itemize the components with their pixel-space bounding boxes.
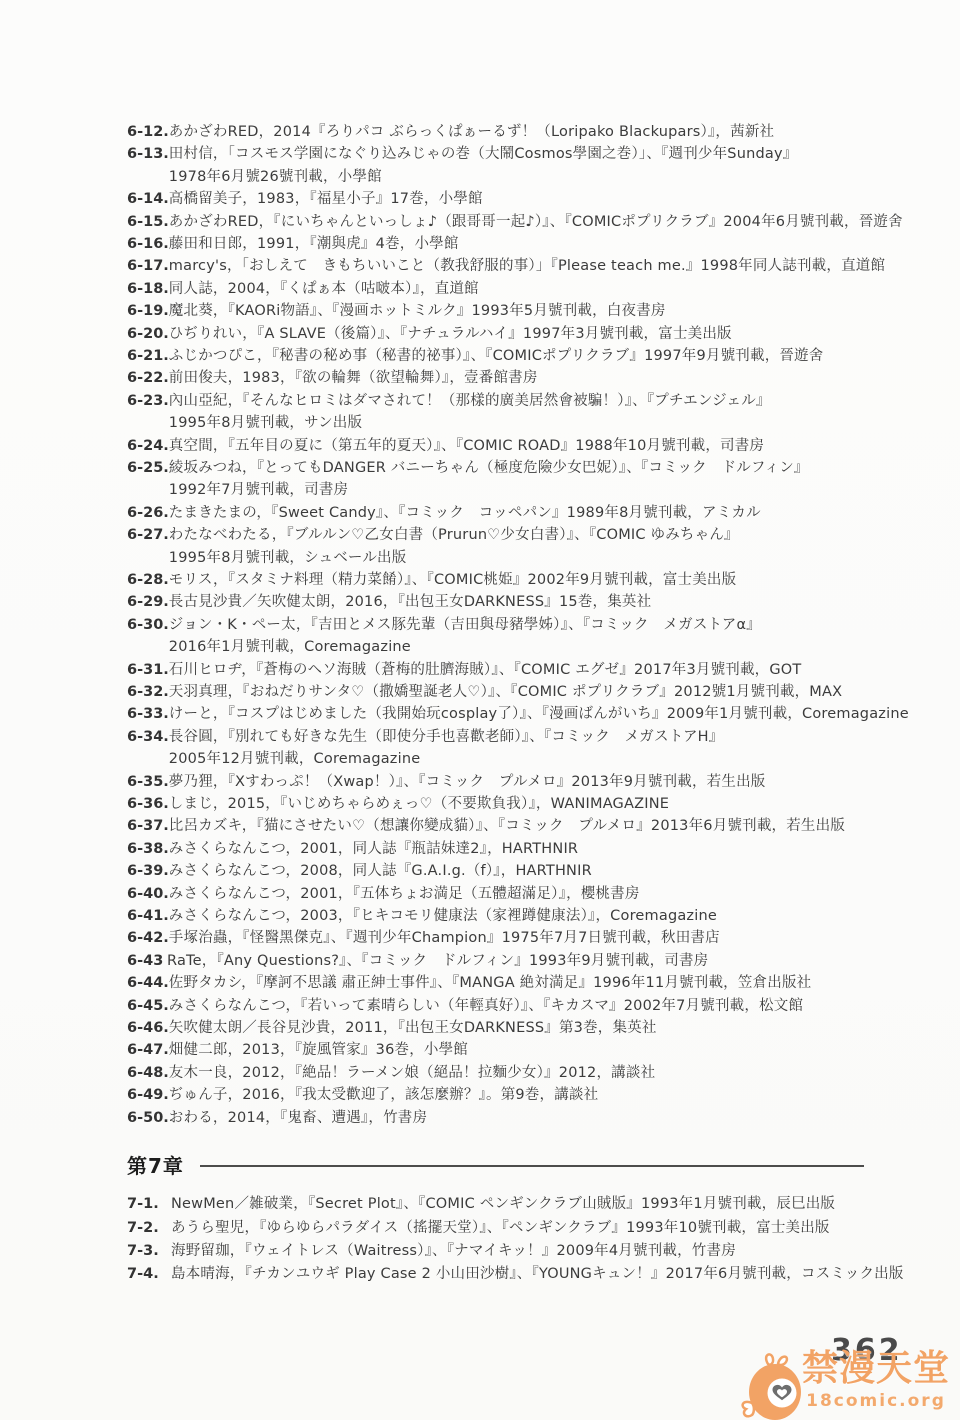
watermark-text-block: 禁漫天堂 18comic.org [802,1349,950,1411]
reference-entry: 6-50.おわる，2014，『鬼畜、遭遇』，竹書房 [127,1107,937,1129]
reference-entry: 6-41.みさくらなんこつ，2003，『ヒキコモリ健康法（家裡蹲健康法）』，Co… [127,905,937,927]
entry-number: 7-3. [127,1240,171,1263]
entry-number: 6-35. [127,771,169,793]
entry-citation-text: 海野留珈，『ウェイトレス（Waitress）』、『ナマイキッ！』2009年4月號… [171,1240,937,1263]
entry-number: 6-23. [127,390,169,412]
entry-number: 6-45. [127,995,169,1017]
entry-citation-text: しまじ，2015，『いじめちゃらめぇっ♡（不要欺負我）』，WANIMAGAZIN… [169,793,937,815]
entry-citation-text: 同人誌，2004，『くぱぁ本（咕啵本）』，直道館 [169,278,937,300]
entry-citation-text: みさくらなんこつ，2001，『五体ちょお満足（五體超滿足）』，櫻桃書房 [169,883,937,905]
citation-line: あかざわRED，『にいちゃんといっしょ♪（跟哥哥一起♪）』、『COMICポプリク… [169,211,937,233]
entry-citation-text: 手塚治蟲，『怪醫黑傑克』、『週刊少年Champion』1975年7月7日號刊載，… [169,927,937,949]
entry-citation-text: 高橋留美子，1983，『福星小子』17巻，小學館 [169,188,937,210]
citation-line: 2005年12月號刊載，Coremagazine [169,748,937,770]
entry-citation-text: あうら聖児，『ゆらゆらパラダイス（搖擺天堂）』、『ペンギンクラブ』1993年10… [171,1217,937,1240]
orange-whale-mascot-icon [740,1351,804,1420]
reference-entry: 6-45.みさくらなんこつ，『若いって素晴らしい（年輕真好）』、『キカスマ』20… [127,995,937,1017]
entry-number: 6-16. [127,233,169,255]
entry-citation-text: 田村信，「コスモス学園になぐり込みじゃの巻（大鬧Cosmos學園之巻）」、『週刊… [169,143,937,188]
citation-line: しまじ，2015，『いじめちゃらめぇっ♡（不要欺負我）』，WANIMAGAZIN… [169,793,937,815]
entry-number: 6-48. [127,1062,169,1084]
reference-entry: 6-46.矢吹健太朗／長谷見沙貴，2011，『出包王女DARKNESS』第3巻，… [127,1017,937,1039]
entry-number: 6-49. [127,1084,169,1106]
reference-entry: 6-30.ジョン・K・ペー太，『吉田とメス豚先輩（吉田與母豬學姊）』、『コミック… [127,614,937,659]
reference-entry: 6-27.わたなべわたる，『ブルルン♡乙女白書（Prurun♡少女白書）』、『C… [127,524,937,569]
entry-citation-text: NewMen／雑破業，『Secret Plot』、『COMIC ペンギンクラブ山… [171,1193,937,1216]
entry-number: 7-2. [127,1217,171,1240]
citation-line: marcy's，「おしえて きもちいいこと（教我舒服的事）」『Please te… [169,255,937,277]
reference-entry: 6-21.ふじかつぴこ，『秘書の秘め事（秘書的祕事）』、『COMICポプリクラブ… [127,345,937,367]
entry-citation-text: 夢乃狸，『Xすわっぷ！（Xwap！）』、『コミック プルメロ』2013年9月號刊… [169,771,937,793]
reference-entry: 6-37.比呂カズキ，『猫にさせたい♡（想讓你變成貓）』、『コミック プルメロ』… [127,815,937,837]
citation-line: 手塚治蟲，『怪醫黑傑克』、『週刊少年Champion』1975年7月7日號刊載，… [169,927,937,949]
citation-line: 矢吹健太朗／長谷見沙貴，2011，『出包王女DARKNESS』第3巻，集英社 [169,1017,937,1039]
reference-entry: 7-1.NewMen／雑破業，『Secret Plot』、『COMIC ペンギン… [127,1193,937,1216]
entry-citation-text: 魔北葵，『KAORi物語』、『漫画ホットミルク』1993年5月號刊載，白夜書房 [169,300,937,322]
citation-line: 天羽真理，『おねだりサンタ♡（撒嬌聖誕老人♡）』、『COMIC ポプリクラブ』2… [169,681,937,703]
reference-entry: 6-24.真空間，『五年目の夏に（第五年的夏天）』、『COMIC ROAD』19… [127,435,937,457]
reference-entry: 6-34.長谷圓，『別れても好きな先生（即使分手也喜歡老師）』、『コミック メガ… [127,726,937,771]
entry-number: 6-25. [127,457,169,479]
citation-line: 長古見沙貴／矢吹健太朗，2016，『出包王女DARKNESS』15巻，集英社 [169,591,937,613]
citation-line: 魔北葵，『KAORi物語』、『漫画ホットミルク』1993年5月號刊載，白夜書房 [169,300,937,322]
entry-number: 6-22. [127,367,169,389]
chapter7-heading: 第7章 [127,1150,184,1179]
reference-entry: 6-28.モリス，『スタミナ料理（精力菜餚）』、『COMIC桃姫』2002年9月… [127,569,937,591]
citation-line: 島本晴海，『チカンユウギ Play Case 2 小山田沙樹』、『YOUNGキュ… [171,1263,937,1286]
entry-citation-text: marcy's，「おしえて きもちいいこと（教我舒服的事）」『Please te… [169,255,937,277]
watermark-site-name: 禁漫天堂 [802,1349,950,1389]
reference-entry: 6-49.ぢゅん子，2016，『我太受歡迎了，該怎麼辦？』。第9巻，講談社 [127,1084,937,1106]
reference-entry: 6-25.綾坂みつね，『とってもDANGER バニーちゃん（極度危險少女巴妮）』… [127,457,937,502]
entry-number: 6-19. [127,300,169,322]
entry-number: 6-14. [127,188,169,210]
entry-number: 6-38. [127,838,169,860]
chapter6-entry-list: 6-12.あかざわRED，2014『ろりパコ ぶらっくぱぁーるず！（Loripa… [127,121,937,1129]
entry-number: 6-43 [127,950,167,972]
reference-entry: 6-33.けーと，『コスプはじめました（我開始玩cosplay了）』、『漫画ばん… [127,703,937,725]
citation-line: 田村信，「コスモス学園になぐり込みじゃの巻（大鬧Cosmos學園之巻）」、『週刊… [169,143,937,165]
entry-citation-text: わたなべわたる，『ブルルン♡乙女白書（Prurun♡少女白書）』、『COMIC … [169,524,937,569]
citation-line: けーと，『コスプはじめました（我開始玩cosplay了）』、『漫画ばんがいち』2… [169,703,937,725]
reference-entry: 6-35.夢乃狸，『Xすわっぷ！（Xwap！）』、『コミック プルメロ』2013… [127,771,937,793]
citation-line: たまきたまの，『Sweet Candy』、『コミック コッペパン』1989年8月… [169,502,937,524]
reference-entry: 6-14.高橋留美子，1983，『福星小子』17巻，小學館 [127,188,937,210]
entry-number: 6-36. [127,793,169,815]
entry-number: 6-26. [127,502,169,524]
entry-number: 6-47. [127,1039,169,1061]
entry-number: 7-4. [127,1263,171,1286]
entry-citation-text: 內山亞紀，『そんなヒロミはダマされて！（那樣的廣美居然會被騙！）』、『プチエンジ… [169,390,937,435]
citation-line: 真空間，『五年目の夏に（第五年的夏天）』、『COMIC ROAD』1988年10… [169,435,937,457]
citation-line: わたなべわたる，『ブルルン♡乙女白書（Prurun♡少女白書）』、『COMIC … [169,524,937,546]
reference-entry: 7-4.島本晴海，『チカンユウギ Play Case 2 小山田沙樹』、『YOU… [127,1263,937,1286]
citation-line: ひぢりれい，『A SLAVE（後篇）』、『ナチュラルハイ』1997年3月號刊載，… [169,323,937,345]
entry-number: 6-15. [127,211,169,233]
chapter7-entry-list: 7-1.NewMen／雑破業，『Secret Plot』、『COMIC ペンギン… [127,1193,937,1287]
reference-entry: 6-23.內山亞紀，『そんなヒロミはダマされて！（那樣的廣美居然會被騙！）』、『… [127,390,937,435]
entry-number: 6-32. [127,681,169,703]
entry-citation-text: ジョン・K・ペー太，『吉田とメス豚先輩（吉田與母豬學姊）』、『コミック メガスト… [169,614,937,659]
reference-entry: 6-40.みさくらなんこつ，2001，『五体ちょお満足（五體超滿足）』，櫻桃書房 [127,883,937,905]
reference-entry: 7-2.あうら聖児，『ゆらゆらパラダイス（搖擺天堂）』、『ペンギンクラブ』199… [127,1217,937,1240]
entry-number: 6-29. [127,591,169,613]
entry-number: 6-33. [127,703,169,725]
reference-entry: 6-48.友木一良，2012，『絶品！ラーメン娘（絕品！拉麵少女）』2012，講… [127,1062,937,1084]
entry-citation-text: 綾坂みつね，『とってもDANGER バニーちゃん（極度危險少女巴妮）』、『コミッ… [169,457,937,502]
entry-number: 6-44. [127,972,169,994]
entry-number: 6-12. [127,121,169,143]
entry-number: 6-30. [127,614,169,636]
entry-number: 6-50. [127,1107,169,1129]
entry-number: 6-28. [127,569,169,591]
citation-line: RaTe，『Any Questions?』、『コミック ドルフィン』1993年9… [167,950,937,972]
citation-line: おわる，2014，『鬼畜、遭遇』，竹書房 [169,1107,937,1129]
citation-line: 友木一良，2012，『絶品！ラーメン娘（絕品！拉麵少女）』2012，講談社 [169,1062,937,1084]
citation-line: 佐野タカシ，『摩訶不思議 肅正紳士事件』、『MANGA 絶対満足』1996年11… [169,972,937,994]
watermark: 禁漫天堂 18comic.org [740,1349,960,1420]
reference-entry: 6-43RaTe，『Any Questions?』、『コミック ドルフィン』19… [127,950,937,972]
entry-citation-text: ぢゅん子，2016，『我太受歡迎了，該怎麼辦？』。第9巻，講談社 [169,1084,937,1106]
entry-citation-text: 畑健二郎，2013，『旋風管家』36巻，小學館 [169,1039,937,1061]
scanned-reference-page: 6-12.あかざわRED，2014『ろりパコ ぶらっくぱぁーるず！（Loripa… [0,0,960,1420]
citation-line: 畑健二郎，2013，『旋風管家』36巻，小學館 [169,1039,937,1061]
entry-number: 6-31. [127,659,169,681]
entry-number: 7-1. [127,1193,171,1216]
entry-citation-text: けーと，『コスプはじめました（我開始玩cosplay了）』、『漫画ばんがいち』2… [169,703,937,725]
entry-citation-text: みさくらなんこつ，2003，『ヒキコモリ健康法（家裡蹲健康法）』，Coremag… [169,905,937,927]
citation-line: 藤田和日郎，1991，『潮與虎』4巻，小學館 [169,233,937,255]
reference-entry: 6-12.あかざわRED，2014『ろりパコ ぶらっくぱぁーるず！（Loripa… [127,121,937,143]
reference-entry: 7-3.海野留珈，『ウェイトレス（Waitress）』、『ナマイキッ！』2009… [127,1240,937,1263]
citation-line: ふじかつぴこ，『秘書の秘め事（秘書的祕事）』、『COMICポプリクラブ』1997… [169,345,937,367]
chapter7-section-header: 第7章 [127,1150,864,1178]
entry-citation-text: モリス，『スタミナ料理（精力菜餚）』、『COMIC桃姫』2002年9月號刊載，富… [169,569,937,591]
reference-entry: 6-17.marcy's，「おしえて きもちいいこと（教我舒服的事）」『Plea… [127,255,937,277]
reference-entry: 6-29.長古見沙貴／矢吹健太朗，2016，『出包王女DARKNESS』15巻，… [127,591,937,613]
citation-line: 長谷圓，『別れても好きな先生（即使分手也喜歡老師）』、『コミック メガストアH』 [169,726,937,748]
entry-number: 6-41. [127,905,169,927]
citation-line: 綾坂みつね，『とってもDANGER バニーちゃん（極度危險少女巴妮）』、『コミッ… [169,457,937,479]
entry-citation-text: 石川ヒロヂ，『蒼梅のヘソ海賊（蒼梅的肚臍海賊）』、『COMIC エグゼ』2017… [169,659,937,681]
citation-line: 比呂カズキ，『猫にさせたい♡（想讓你變成貓）』、『コミック プルメロ』2013年… [169,815,937,837]
reference-entry: 6-13.田村信，「コスモス学園になぐり込みじゃの巻（大鬧Cosmos學園之巻）… [127,143,937,188]
entry-citation-text: 比呂カズキ，『猫にさせたい♡（想讓你變成貓）』、『コミック プルメロ』2013年… [169,815,937,837]
entry-citation-text: 長古見沙貴／矢吹健太朗，2016，『出包王女DARKNESS』15巻，集英社 [169,591,937,613]
reference-entry: 6-26.たまきたまの，『Sweet Candy』、『コミック コッペパン』19… [127,502,937,524]
entry-number: 6-21. [127,345,169,367]
entry-citation-text: 矢吹健太朗／長谷見沙貴，2011，『出包王女DARKNESS』第3巻，集英社 [169,1017,937,1039]
entry-citation-text: あかざわRED，2014『ろりパコ ぶらっくぱぁーるず！（Loripako Bl… [169,121,937,143]
reference-entry: 6-44.佐野タカシ，『摩訶不思議 肅正紳士事件』、『MANGA 絶対満足』19… [127,972,937,994]
reference-entry: 6-19.魔北葵，『KAORi物語』、『漫画ホットミルク』1993年5月號刊載，… [127,300,937,322]
citation-line: 石川ヒロヂ，『蒼梅のヘソ海賊（蒼梅的肚臍海賊）』、『COMIC エグゼ』2017… [169,659,937,681]
reference-entry: 6-36.しまじ，2015，『いじめちゃらめぇっ♡（不要欺負我）』，WANIMA… [127,793,937,815]
entry-citation-text: 島本晴海，『チカンユウギ Play Case 2 小山田沙樹』、『YOUNGキュ… [171,1263,937,1286]
entry-citation-text: みさくらなんこつ，2008，同人誌『G.A.I.g.（f）』，HARTHNIR [169,860,937,882]
citation-line: NewMen／雑破業，『Secret Plot』、『COMIC ペンギンクラブ山… [171,1193,937,1216]
reference-list: 6-12.あかざわRED，2014『ろりパコ ぶらっくぱぁーるず！（Loripa… [127,121,937,1287]
citation-line: 前田俊夫，1983，『欲の輪舞（欲望輪舞）』，壹番館書房 [169,367,937,389]
entry-number: 6-34. [127,726,169,748]
entry-citation-text: 長谷圓，『別れても好きな先生（即使分手也喜歡老師）』、『コミック メガストアH』… [169,726,937,771]
citation-line: みさくらなんこつ，2001，同人誌『瓶詰妹達2』，HARTHNIR [169,838,937,860]
citation-line: ジョン・K・ペー太，『吉田とメス豚先輩（吉田與母豬學姊）』、『コミック メガスト… [169,614,937,636]
entry-number: 6-27. [127,524,169,546]
entry-citation-text: みさくらなんこつ，2001，同人誌『瓶詰妹達2』，HARTHNIR [169,838,937,860]
entry-citation-text: ふじかつぴこ，『秘書の秘め事（秘書的祕事）』、『COMICポプリクラブ』1997… [169,345,937,367]
entry-citation-text: おわる，2014，『鬼畜、遭遇』，竹書房 [169,1107,937,1129]
entry-citation-text: 前田俊夫，1983，『欲の輪舞（欲望輪舞）』，壹番館書房 [169,367,937,389]
entry-citation-text: 友木一良，2012，『絶品！ラーメン娘（絕品！拉麵少女）』2012，講談社 [169,1062,937,1084]
watermark-site-url: 18comic.org [802,1391,950,1411]
reference-entry: 6-18.同人誌，2004，『くぱぁ本（咕啵本）』，直道館 [127,278,937,300]
entry-citation-text: あかざわRED，『にいちゃんといっしょ♪（跟哥哥一起♪）』、『COMICポプリク… [169,211,937,233]
entry-citation-text: RaTe，『Any Questions?』、『コミック ドルフィン』1993年9… [167,950,937,972]
reference-entry: 6-42.手塚治蟲，『怪醫黑傑克』、『週刊少年Champion』1975年7月7… [127,927,937,949]
entry-number: 6-13. [127,143,169,165]
entry-citation-text: 真空間，『五年目の夏に（第五年的夏天）』、『COMIC ROAD』1988年10… [169,435,937,457]
citation-line: ぢゅん子，2016，『我太受歡迎了，該怎麼辦？』。第9巻，講談社 [169,1084,937,1106]
section-divider-line [200,1165,864,1167]
citation-line: 1978年6月號26號刊載，小學館 [169,166,937,188]
citation-line: 夢乃狸，『Xすわっぷ！（Xwap！）』、『コミック プルメロ』2013年9月號刊… [169,771,937,793]
entry-number: 6-39. [127,860,169,882]
entry-citation-text: みさくらなんこつ，『若いって素晴らしい（年輕真好）』、『キカスマ』2002年7月… [169,995,937,1017]
entry-number: 6-17. [127,255,169,277]
citation-line: 2016年1月號刊載，Coremagazine [169,636,937,658]
entry-number: 6-42. [127,927,169,949]
citation-line: みさくらなんこつ，2008，同人誌『G.A.I.g.（f）』，HARTHNIR [169,860,937,882]
citation-line: 高橋留美子，1983，『福星小子』17巻，小學館 [169,188,937,210]
citation-line: 同人誌，2004，『くぱぁ本（咕啵本）』，直道館 [169,278,937,300]
reference-entry: 6-16.藤田和日郎，1991，『潮與虎』4巻，小學館 [127,233,937,255]
entry-number: 6-18. [127,278,169,300]
entry-number: 6-37. [127,815,169,837]
reference-entry: 6-38.みさくらなんこつ，2001，同人誌『瓶詰妹達2』，HARTHNIR [127,838,937,860]
citation-line: 海野留珈，『ウェイトレス（Waitress）』、『ナマイキッ！』2009年4月號… [171,1240,937,1263]
reference-entry: 6-32.天羽真理，『おねだりサンタ♡（撒嬌聖誕老人♡）』、『COMIC ポプリ… [127,681,937,703]
citation-line: あうら聖児，『ゆらゆらパラダイス（搖擺天堂）』、『ペンギンクラブ』1993年10… [171,1217,937,1240]
reference-entry: 6-22.前田俊夫，1983，『欲の輪舞（欲望輪舞）』，壹番館書房 [127,367,937,389]
entry-number: 6-46. [127,1017,169,1039]
entry-number: 6-40. [127,883,169,905]
entry-citation-text: 天羽真理，『おねだりサンタ♡（撒嬌聖誕老人♡）』、『COMIC ポプリクラブ』2… [169,681,937,703]
reference-entry: 6-20.ひぢりれい，『A SLAVE（後篇）』、『ナチュラルハイ』1997年3… [127,323,937,345]
reference-entry: 6-39.みさくらなんこつ，2008，同人誌『G.A.I.g.（f）』，HART… [127,860,937,882]
citation-line: あかざわRED，2014『ろりパコ ぶらっくぱぁーるず！（Loripako Bl… [169,121,937,143]
entry-citation-text: 藤田和日郎，1991，『潮與虎』4巻，小學館 [169,233,937,255]
citation-line: みさくらなんこつ，『若いって素晴らしい（年輕真好）』、『キカスマ』2002年7月… [169,995,937,1017]
citation-line: 1995年8月號刊載，サン出版 [169,412,937,434]
reference-entry: 6-47.畑健二郎，2013，『旋風管家』36巻，小學館 [127,1039,937,1061]
citation-line: モリス，『スタミナ料理（精力菜餚）』、『COMIC桃姫』2002年9月號刊載，富… [169,569,937,591]
entry-number: 6-24. [127,435,169,457]
entry-citation-text: ひぢりれい，『A SLAVE（後篇）』、『ナチュラルハイ』1997年3月號刊載，… [169,323,937,345]
citation-line: 1995年8月號刊載，シュベール出版 [169,547,937,569]
entry-number: 6-20. [127,323,169,345]
reference-entry: 6-31.石川ヒロヂ，『蒼梅のヘソ海賊（蒼梅的肚臍海賊）』、『COMIC エグゼ… [127,659,937,681]
citation-line: みさくらなんこつ，2003，『ヒキコモリ健康法（家裡蹲健康法）』，Coremag… [169,905,937,927]
reference-entry: 6-15.あかざわRED，『にいちゃんといっしょ♪（跟哥哥一起♪）』、『COMI… [127,211,937,233]
citation-line: 1992年7月號刊載，司書房 [169,479,937,501]
entry-citation-text: たまきたまの，『Sweet Candy』、『コミック コッペパン』1989年8月… [169,502,937,524]
citation-line: 內山亞紀，『そんなヒロミはダマされて！（那樣的廣美居然會被騙！）』、『プチエンジ… [169,390,937,412]
citation-line: みさくらなんこつ，2001，『五体ちょお満足（五體超滿足）』，櫻桃書房 [169,883,937,905]
entry-citation-text: 佐野タカシ，『摩訶不思議 肅正紳士事件』、『MANGA 絶対満足』1996年11… [169,972,937,994]
